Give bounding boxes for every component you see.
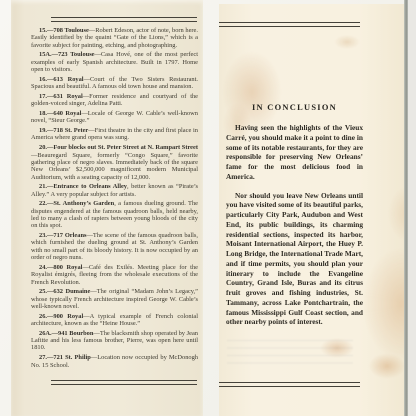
list-item: 19.—718 St. Peter—First theatre in the c… <box>31 127 198 142</box>
conclusion-section: IN CONCLUSION Having seen the highlights… <box>226 103 363 336</box>
bottom-divider-rule <box>219 382 360 387</box>
list-item: 23.—717 Orleans—The scene of the famous … <box>31 232 198 261</box>
landmark-label: 26A.—941 Bourbon <box>39 330 93 337</box>
top-divider-rule <box>219 22 360 27</box>
scan-margin <box>408 0 416 416</box>
landmark-label: 17.—631 Royal <box>39 93 83 100</box>
list-item: 24.—800 Royal—Café des Exilés. Meeting p… <box>31 264 198 286</box>
list-item: 16.—613 Royal—Court of the Two Sisters R… <box>31 76 198 91</box>
list-item: 20.—Four blocks out St. Peter Street at … <box>31 144 198 181</box>
list-item: 22.—St. Anthony’s Garden, a famous dueli… <box>31 200 198 229</box>
landmark-label: 18.—640 Royal <box>39 110 81 117</box>
list-item: 26A.—941 Bourbon—The blacksmith shop ope… <box>31 330 198 352</box>
landmark-label: 27.—721 St. Philip <box>39 354 91 361</box>
scanned-brochure-spread: 15.—708 Toulouse—Robert Edeson, actor of… <box>0 0 416 416</box>
list-item: 26.—900 Royal—A typical example of Frenc… <box>31 313 198 328</box>
landmark-description: —Beauregard Square, formerly “Congo Squa… <box>31 152 198 181</box>
list-item: 15A.—723 Toulouse—Casa Hové, one of the … <box>31 51 198 73</box>
conclusion-paragraph: Having seen the highlights of the Vieux … <box>226 123 363 182</box>
conclusion-paragraph: Nor should you leave New Orleans until y… <box>226 191 363 328</box>
list-item: 17.—631 Royal—Former residence and court… <box>31 93 198 108</box>
landmark-label: 21.—Entrance to Orleans Alley <box>39 183 127 190</box>
list-item: 21.—Entrance to Orleans Alley, better kn… <box>31 183 198 198</box>
landmark-label: 19.—718 St. Peter <box>39 127 88 134</box>
left-page: 15.—708 Toulouse—Robert Edeson, actor of… <box>11 0 203 416</box>
top-divider-rule <box>51 17 197 22</box>
list-item: 27.—721 St. Philip—Location now occupied… <box>31 354 198 369</box>
list-item: 15.—708 Toulouse—Robert Edeson, actor of… <box>31 27 198 49</box>
landmark-label: 15A.—723 Toulouse <box>39 51 95 58</box>
landmark-list: 15.—708 Toulouse—Robert Edeson, actor of… <box>31 27 198 371</box>
right-page: IN CONCLUSION Having seen the highlights… <box>219 4 405 416</box>
ghost-showthrough-text <box>227 334 353 364</box>
list-item: 18.—640 Royal—Locale of George W. Cable’… <box>31 110 198 125</box>
landmark-label: 16.—613 Royal <box>39 76 84 83</box>
bottom-divider-rule <box>51 380 197 385</box>
landmark-label: 25.—632 Dumaine <box>39 288 90 295</box>
landmark-label: 26.—900 Royal <box>39 313 83 320</box>
conclusion-heading: IN CONCLUSION <box>226 103 363 112</box>
list-item: 25.—632 Dumaine—The original “Madam John… <box>31 288 198 310</box>
landmark-label: 15.—708 Toulouse <box>39 27 89 34</box>
landmark-label: 22.—St. Anthony’s Garden <box>39 200 114 207</box>
landmark-label: 24.—800 Royal <box>39 264 82 271</box>
landmark-label: 23.—717 Orleans <box>39 232 87 239</box>
landmark-label: 20.—Four blocks out St. Peter Street at … <box>39 144 198 151</box>
